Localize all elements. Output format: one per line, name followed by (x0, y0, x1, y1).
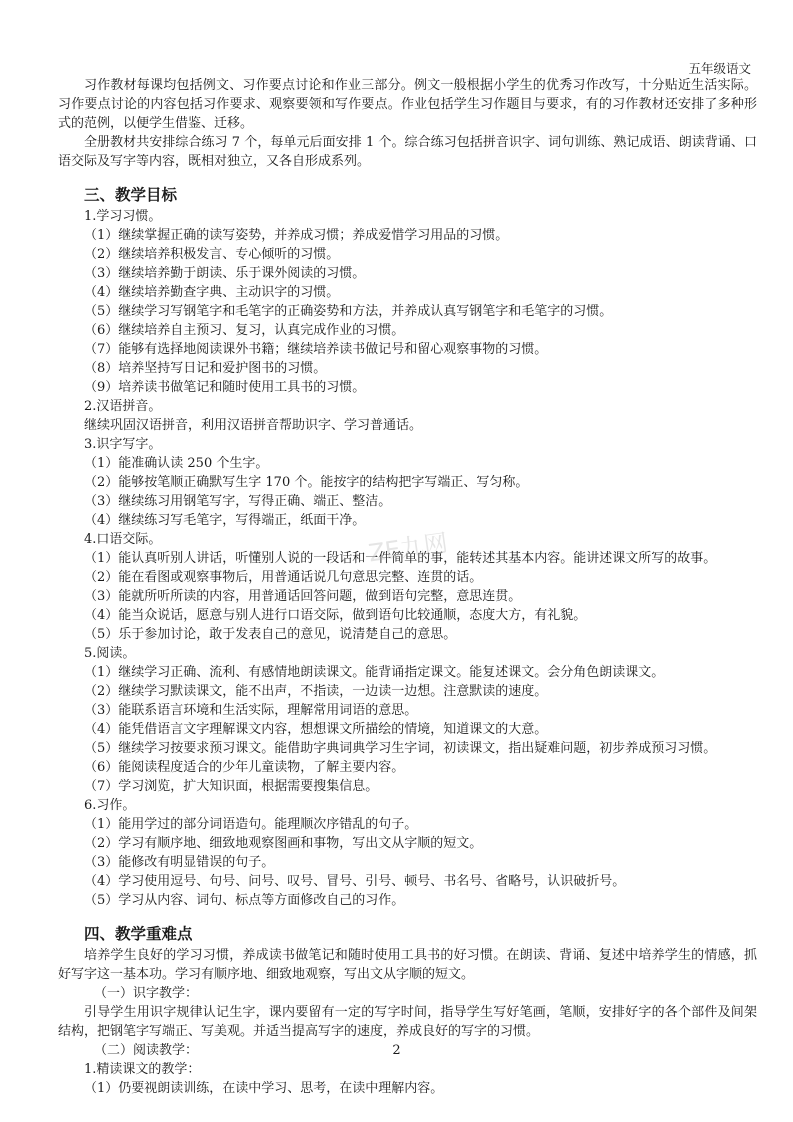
list-item: （4）继续培养勤查字典、主动识字的习惯。 (84, 283, 757, 302)
list-item: （2）学习有顺序地、细致地观察图画和事物，写出文从字顺的短文。 (84, 834, 757, 853)
list-item: （7）学习浏览，扩大知识面，根据需要搜集信息。 (84, 777, 757, 796)
paragraph: 引导学生用识字规律认记生字，课内要留有一定的写字时间，指导学生写好笔画，笔顺，安… (58, 1003, 757, 1041)
list-item: （2）继续学习默读课文，能不出声，不指读，一边读一边想。注意默读的速度。 (84, 682, 757, 701)
list-item: （4）能当众说话，愿意与别人进行口语交际，做到语句比较通顺，态度大方，有礼貌。 (84, 606, 757, 625)
list-item: （4）学习使用逗号、句号、问号、叹号、冒号、引号、顿号、书名号、省略号，认识破折… (84, 872, 757, 891)
list-item: （5）继续学习写钢笔字和毛笔字的正确姿势和方法，并养成认真写钢笔字和毛笔字的习惯… (84, 302, 757, 321)
page-number: 2 (0, 1043, 793, 1058)
goal-group-title: 5.阅读。 (84, 644, 757, 663)
list-item: （1）能准确认读 250 个生字。 (84, 454, 757, 473)
list-item: （7）能够有选择地阅读课外书籍；继续培养读书做记号和留心观察事物的习惯。 (84, 340, 757, 359)
goal-group-title: 6.习作。 (84, 796, 757, 815)
running-header: 五年级语文 (688, 59, 751, 77)
subheading: 1.精读课文的教学： (84, 1060, 757, 1079)
list-item: （8）培养坚持写日记和爱护图书的习惯。 (84, 359, 757, 378)
list-item: （3）继续培养勤于朗读、乐于课外阅读的习惯。 (84, 264, 757, 283)
goal-group-title: 3.识字写字。 (84, 435, 757, 454)
list-item: （5）学习从内容、词句、标点等方面修改自己的习作。 (84, 891, 757, 910)
document-page: 五年级语文 习作教材每课均包括例文、习作要点讨论和作业三部分。例文一般根据小学生… (0, 0, 793, 1122)
list-item: （2）继续培养积极发言、专心倾听的习惯。 (84, 245, 757, 264)
list-item: （2）能在看图或观察事物后，用普通话说几句意思完整、连贯的话。 (84, 568, 757, 587)
list-item: （2）能够按笔顺正确默写生字 170 个。能按字的结构把字写端正、写匀称。 (84, 473, 757, 492)
list-item: （4）能凭借语言文字理解课文内容，想想课文所描绘的情境，知道课文的大意。 (84, 720, 757, 739)
subheading: （一）识字教学： (94, 984, 757, 1003)
list-item: （1）仍要视朗读训练，在读中学习、思考，在读中理解内容。 (84, 1079, 757, 1098)
paragraph: 培养学生良好的学习习惯，养成读书做笔记和随时使用工具书的好习惯。在朗读、背诵、复… (58, 946, 757, 984)
list-item: （1）继续学习正确、流利、有感情地朗读课文。能背诵指定课文。能复述课文。会分角色… (84, 663, 757, 682)
list-item: （1）继续掌握正确的读写姿势，并养成习惯；养成爱惜学习用品的习惯。 (84, 226, 757, 245)
list-item: （3）继续练习用钢笔写字，写得正确、端正、整洁。 (84, 492, 757, 511)
goal-group-title: 1.学习习惯。 (84, 207, 757, 226)
list-item: （9）培养读书做笔记和随时使用工具书的习惯。 (84, 378, 757, 397)
section-heading: 四、教学重难点 (84, 924, 757, 944)
list-item: （5）乐于参加讨论，敢于发表自己的意见，说清楚自己的意思。 (84, 625, 757, 644)
list-item: （5）继续学习按要求预习课文。能借助字典词典学习生字词，初读课文，指出疑难问题，… (84, 739, 757, 758)
list-item: （3）能联系语言环境和生活实际，理解常用词语的意思。 (84, 701, 757, 720)
goal-group-title: 2.汉语拼音。 (84, 397, 757, 416)
list-item: （3）能就所听所读的内容，用普通话回答问题，做到语句完整，意思连贯。 (84, 587, 757, 606)
list-item: （3）能修改有明显错误的句子。 (84, 853, 757, 872)
list-item: 继续巩固汉语拼音，利用汉语拼音帮助识字、学习普通话。 (84, 416, 757, 435)
list-item: （6）能阅读程度适合的少年儿童读物，了解主要内容。 (84, 758, 757, 777)
section-heading: 三、教学目标 (84, 185, 757, 205)
list-item: （6）继续培养自主预习、复习，认真完成作业的习惯。 (84, 321, 757, 340)
intro-paragraph: 习作教材每课均包括例文、习作要点讨论和作业三部分。例文一般根据小学生的优秀习作改… (58, 76, 757, 133)
intro-paragraph: 全册教材共安排综合练习 7 个，每单元后面安排 1 个。综合练习包括拼音识字、词… (58, 133, 757, 171)
page-content: 习作教材每课均包括例文、习作要点讨论和作业三部分。例文一般根据小学生的优秀习作改… (58, 76, 757, 1098)
list-item: （1）能用学过的部分词语造句。能理顺次序错乱的句子。 (84, 815, 757, 834)
